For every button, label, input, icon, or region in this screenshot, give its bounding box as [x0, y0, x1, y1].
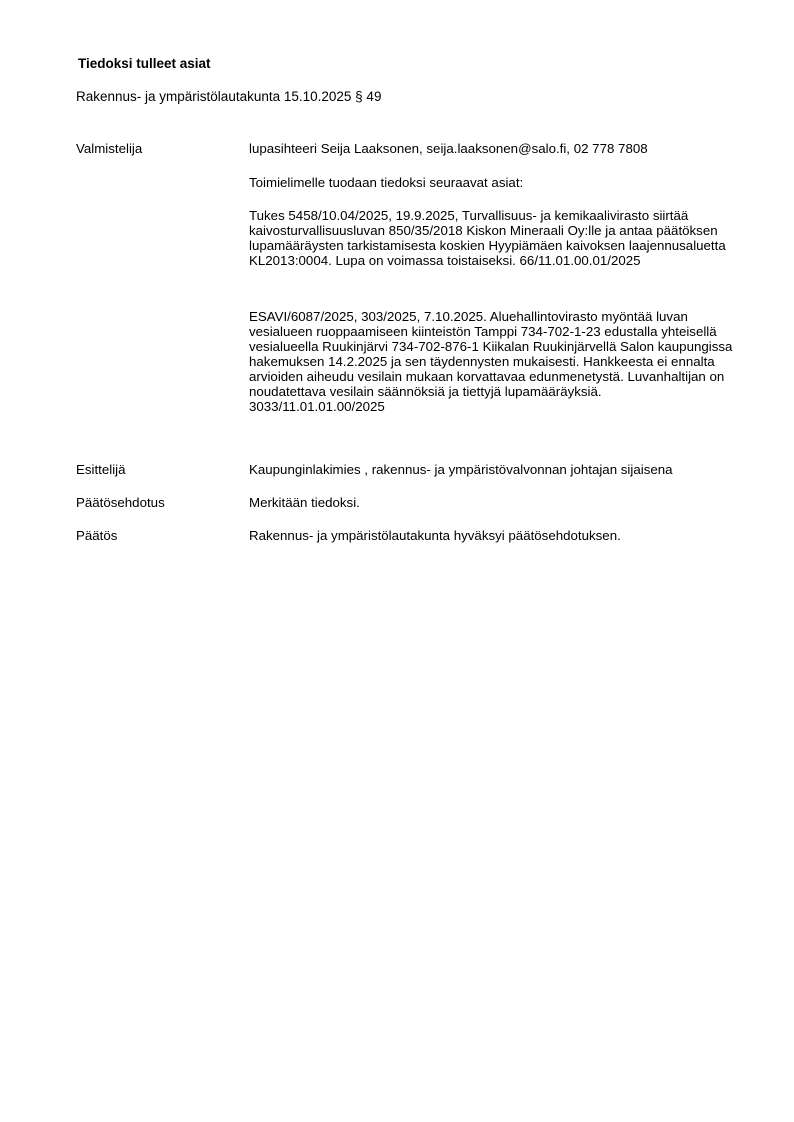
notice-item-1: Tukes 5458/10.04/2025, 19.9.2025, Turval… [249, 208, 739, 268]
value-paatosehdotus: Merkitään tiedoksi. [249, 495, 739, 510]
document-title: Tiedoksi tulleet asiat [78, 56, 211, 71]
meeting-reference: Rakennus- ja ympäristölautakunta 15.10.2… [76, 89, 381, 104]
value-esittelija: Kaupunginlakimies , rakennus- ja ympäris… [249, 462, 794, 477]
label-esittelija: Esittelijä [76, 462, 126, 477]
intro-text: Toimielimelle tuodaan tiedoksi seuraavat… [249, 175, 739, 190]
notice-item-2: ESAVI/6087/2025, 303/2025, 7.10.2025. Al… [249, 309, 739, 414]
value-valmistelija: lupasihteeri Seija Laaksonen, seija.laak… [249, 141, 739, 156]
label-valmistelija: Valmistelija [76, 141, 142, 156]
value-paatos: Rakennus- ja ympäristölautakunta hyväksy… [249, 528, 739, 543]
label-paatos: Päätös [76, 528, 117, 543]
label-paatosehdotus: Päätösehdotus [76, 495, 165, 510]
